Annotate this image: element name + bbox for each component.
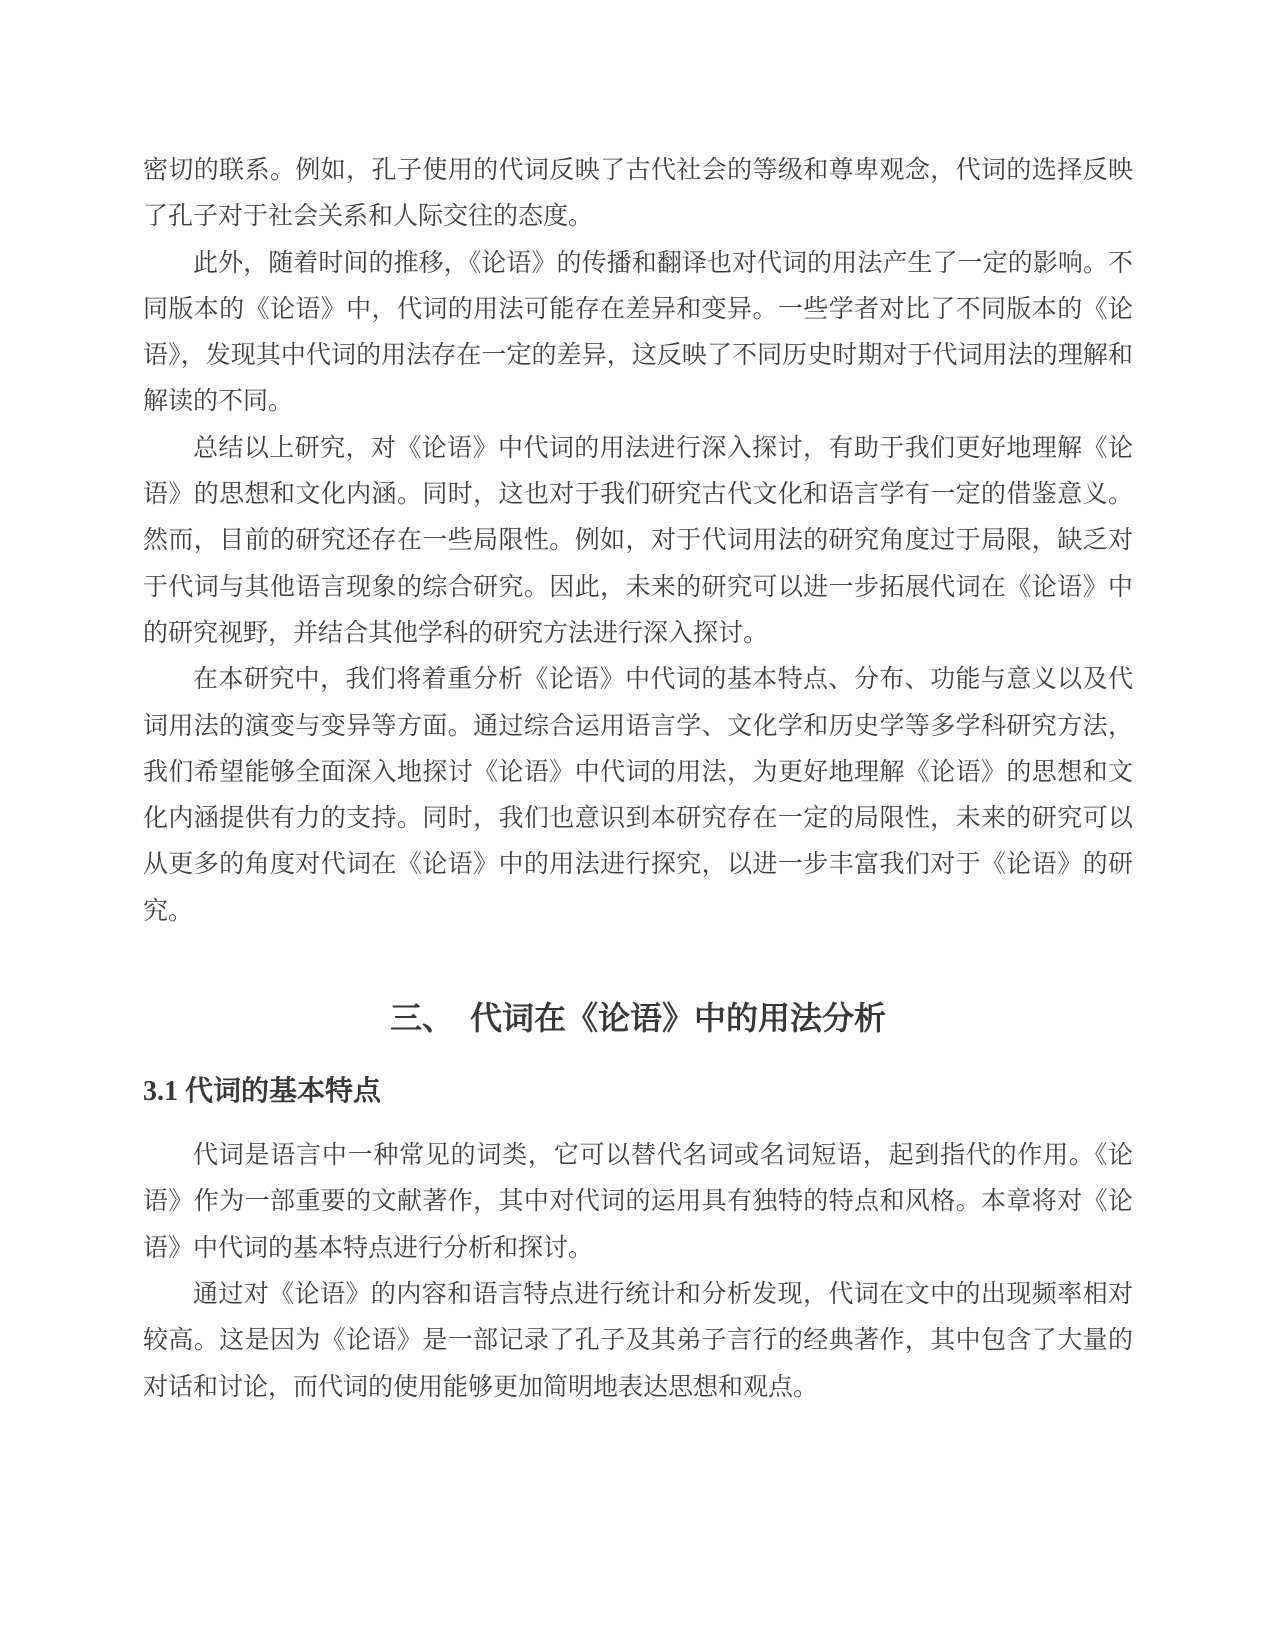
section-heading: 三、 代词在《论语》中的用法分析 — [143, 991, 1133, 1045]
paragraph-versions-translation: 此外，随着时间的推移，《论语》的传播和翻译也对代词的用法产生了一定的影响。不同版… — [143, 241, 1133, 426]
paragraph-continuation: 密切的联系。例如，孔子使用的代词反映了古代社会的等级和尊卑观念，代词的选择反映了… — [143, 148, 1133, 241]
paragraph-pronoun-definition: 代词是语言中一种常见的词类，它可以替代名词或名词短语，起到指代的作用。《论语》作… — [143, 1133, 1133, 1272]
subsection-heading: 3.1 代词的基本特点 — [143, 1071, 1133, 1113]
paragraph-frequency-analysis: 通过对《论语》的内容和语言特点进行统计和分析发现，代词在文中的出现频率相对较高。… — [143, 1272, 1133, 1411]
paragraph-study-scope: 在本研究中，我们将着重分析《论语》中代词的基本特点、分布、功能与意义以及代词用法… — [143, 657, 1133, 935]
paragraph-research-summary: 总结以上研究，对《论语》中代词的用法进行深入探讨，有助于我们更好地理解《论语》的… — [143, 426, 1133, 657]
document-page: 密切的联系。例如，孔子使用的代词反映了古代社会的等级和尊卑观念，代词的选择反映了… — [0, 0, 1275, 1650]
